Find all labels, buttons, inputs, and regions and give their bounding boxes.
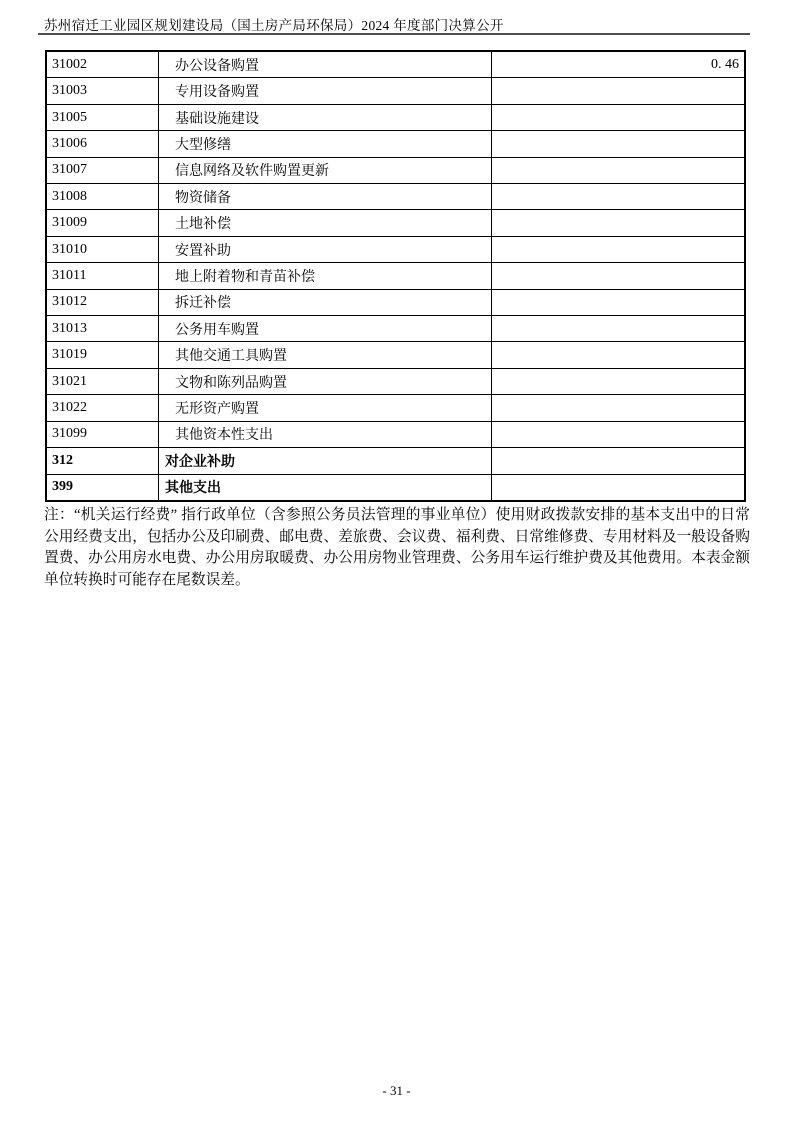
row-label: 大型修缮 (159, 131, 492, 156)
row-label: 公务用车购置 (159, 316, 492, 341)
row-code: 31007 (47, 158, 159, 183)
row-label: 其他支出 (159, 475, 492, 500)
table-row: 31013 公务用车购置 (47, 316, 744, 342)
row-code: 31010 (47, 237, 159, 262)
table-row: 31022 无形资产购置 (47, 395, 744, 421)
row-code: 31003 (47, 78, 159, 103)
row-value (492, 395, 744, 420)
table-row: 31003 专用设备购置 (47, 78, 744, 104)
row-code: 31019 (47, 342, 159, 367)
row-label: 拆迁补偿 (159, 290, 492, 315)
table-row: 31008 物资储备 (47, 184, 744, 210)
row-label: 物资储备 (159, 184, 492, 209)
row-value (492, 210, 744, 235)
table-row: 31011 地上附着物和青苗补偿 (47, 263, 744, 289)
row-label: 办公设备购置 (159, 52, 492, 77)
table-row: 31021 文物和陈列品购置 (47, 369, 744, 395)
row-value (492, 369, 744, 394)
row-label: 信息网络及软件购置更新 (159, 158, 492, 183)
row-value (492, 316, 744, 341)
row-value (492, 131, 744, 156)
row-value (492, 263, 744, 288)
row-label: 地上附着物和青苗补偿 (159, 263, 492, 288)
budget-table: 31002 办公设备购置 0. 46 31003 专用设备购置 31005 基础… (45, 50, 746, 502)
row-code: 31002 (47, 52, 159, 77)
page-title: 苏州宿迁工业园区规划建设局（国土房产局环保局）2024 年度部门决算公开 (44, 14, 504, 34)
row-code: 31022 (47, 395, 159, 420)
row-code: 31009 (47, 210, 159, 235)
table-row: 31009 土地补偿 (47, 210, 744, 236)
table-row: 31012 拆迁补偿 (47, 290, 744, 316)
row-value (492, 105, 744, 130)
row-code: 31013 (47, 316, 159, 341)
row-label: 其他资本性支出 (159, 422, 492, 447)
row-code: 31006 (47, 131, 159, 156)
row-value: 0. 46 (492, 52, 744, 77)
row-value (492, 78, 744, 103)
row-label: 无形资产购置 (159, 395, 492, 420)
row-code: 31008 (47, 184, 159, 209)
footnote: 注：“机关运行经费” 指行政单位（含参照公务员法管理的事业单位）使用财政拨款安排… (44, 505, 750, 591)
table-row: 31019 其他交通工具购置 (47, 342, 744, 368)
row-label: 其他交通工具购置 (159, 342, 492, 367)
row-code: 31012 (47, 290, 159, 315)
table-row: 31005 基础设施建设 (47, 105, 744, 131)
row-code: 31099 (47, 422, 159, 447)
row-value (492, 237, 744, 262)
row-label: 安置补助 (159, 237, 492, 262)
row-value (492, 475, 744, 500)
table-row: 31007 信息网络及软件购置更新 (47, 158, 744, 184)
page-number: - 31 - (0, 1083, 793, 1099)
row-value (492, 158, 744, 183)
table-row: 31006 大型修缮 (47, 131, 744, 157)
row-code: 312 (47, 448, 159, 473)
row-value (492, 184, 744, 209)
table-row: 399 其他支出 (47, 475, 744, 500)
row-code: 31005 (47, 105, 159, 130)
row-label: 基础设施建设 (159, 105, 492, 130)
row-label: 专用设备购置 (159, 78, 492, 103)
row-label: 土地补偿 (159, 210, 492, 235)
row-code: 31021 (47, 369, 159, 394)
table-row: 31099 其他资本性支出 (47, 422, 744, 448)
header-rule (38, 33, 750, 35)
row-label: 文物和陈列品购置 (159, 369, 492, 394)
row-value (492, 342, 744, 367)
row-code: 399 (47, 475, 159, 500)
table-row: 31010 安置补助 (47, 237, 744, 263)
table-row: 312 对企业补助 (47, 448, 744, 474)
row-label: 对企业补助 (159, 448, 492, 473)
row-value (492, 422, 744, 447)
row-value (492, 448, 744, 473)
table-row: 31002 办公设备购置 0. 46 (47, 52, 744, 78)
row-code: 31011 (47, 263, 159, 288)
row-value (492, 290, 744, 315)
